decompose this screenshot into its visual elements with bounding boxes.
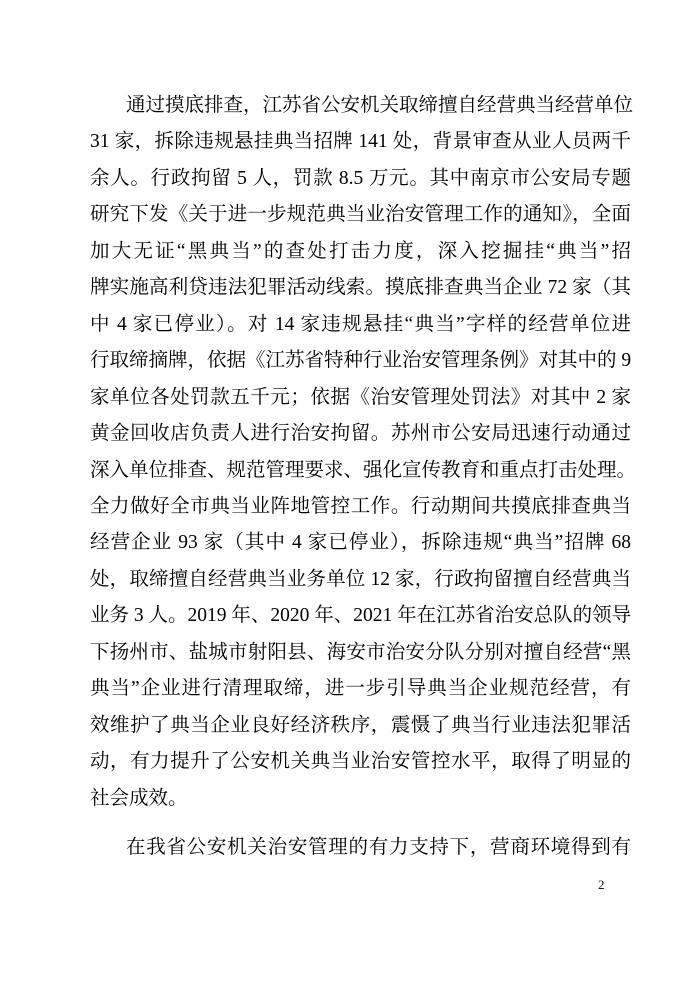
text-line: 31 家，拆除违规悬挂典当招牌 141 处，背景审查从业人员两千 [90,124,631,160]
text-line: 黄金回收店负责人进行治安拘留。苏州市公安局迅速行动通过 [90,416,631,452]
text-line: 处，取缔擅自经营典当业务单位 12 家，行政拘留擅自经营典当 [90,562,631,598]
text-line: 加大无证“黑典当”的查处打击力度，深入挖掘挂“典当”招 [90,234,631,270]
text-line: 典当”企业进行清理取缔，进一步引导典当企业规范经营，有 [90,671,631,707]
body-text: 通过摸底排查，江苏省公安机关取缔擅自经营典当经营单位31 家，拆除违规悬挂典当招… [90,88,631,867]
text-line: 下扬州市、盐城市射阳县、海安市治安分队分别对擅自经营“黑 [90,635,631,671]
page-number: 2 [598,877,605,893]
text-line: 行取缔摘牌，依据《江苏省特种行业治安管理条例》对其中的 9 [90,343,631,379]
text-line: 余人。行政拘留 5 人，罚款 8.5 万元。其中南京市公安局专题 [90,161,631,197]
text-line: 经营企业 93 家（其中 4 家已停业），拆除违规“典当”招牌 68 [90,525,631,561]
text-line: 牌实施高利贷违法犯罪活动线索。摸底排查典当企业 72 家（其 [90,270,631,306]
paragraph: 在我省公安机关治安管理的有力支持下，营商环境得到有 [90,830,631,866]
text-line: 社会成效。 [90,781,631,817]
paragraph: 通过摸底排查，江苏省公安机关取缔擅自经营典当经营单位31 家，拆除违规悬挂典当招… [90,88,631,817]
text-line: 通过摸底排查，江苏省公安机关取缔擅自经营典当经营单位 [90,88,631,124]
text-line: 研究下发《关于进一步规范典当业治安管理工作的通知》，全面 [90,197,631,233]
text-line: 在我省公安机关治安管理的有力支持下，营商环境得到有 [90,830,631,866]
text-line: 效维护了典当企业良好经济秩序，震慑了典当行业违法犯罪活 [90,708,631,744]
text-line: 中 4 家已停业）。对 14 家违规悬挂“典当”字样的经营单位进 [90,307,631,343]
text-line: 深入单位排查、规范管理要求、强化宣传教育和重点打击处理。 [90,453,631,489]
text-line: 动，有力提升了公安机关典当业治安管控水平，取得了明显的 [90,744,631,780]
text-line: 家单位各处罚款五千元；依据《治安管理处罚法》对其中 2 家 [90,380,631,416]
text-line: 全力做好全市典当业阵地管控工作。行动期间共摸底排查典当 [90,489,631,525]
document-page: 通过摸底排查，江苏省公安机关取缔擅自经营典当经营单位31 家，拆除违规悬挂典当招… [0,0,700,990]
text-line: 业务 3 人。2019 年、2020 年、2021 年在江苏省治安总队的领导 [90,598,631,634]
